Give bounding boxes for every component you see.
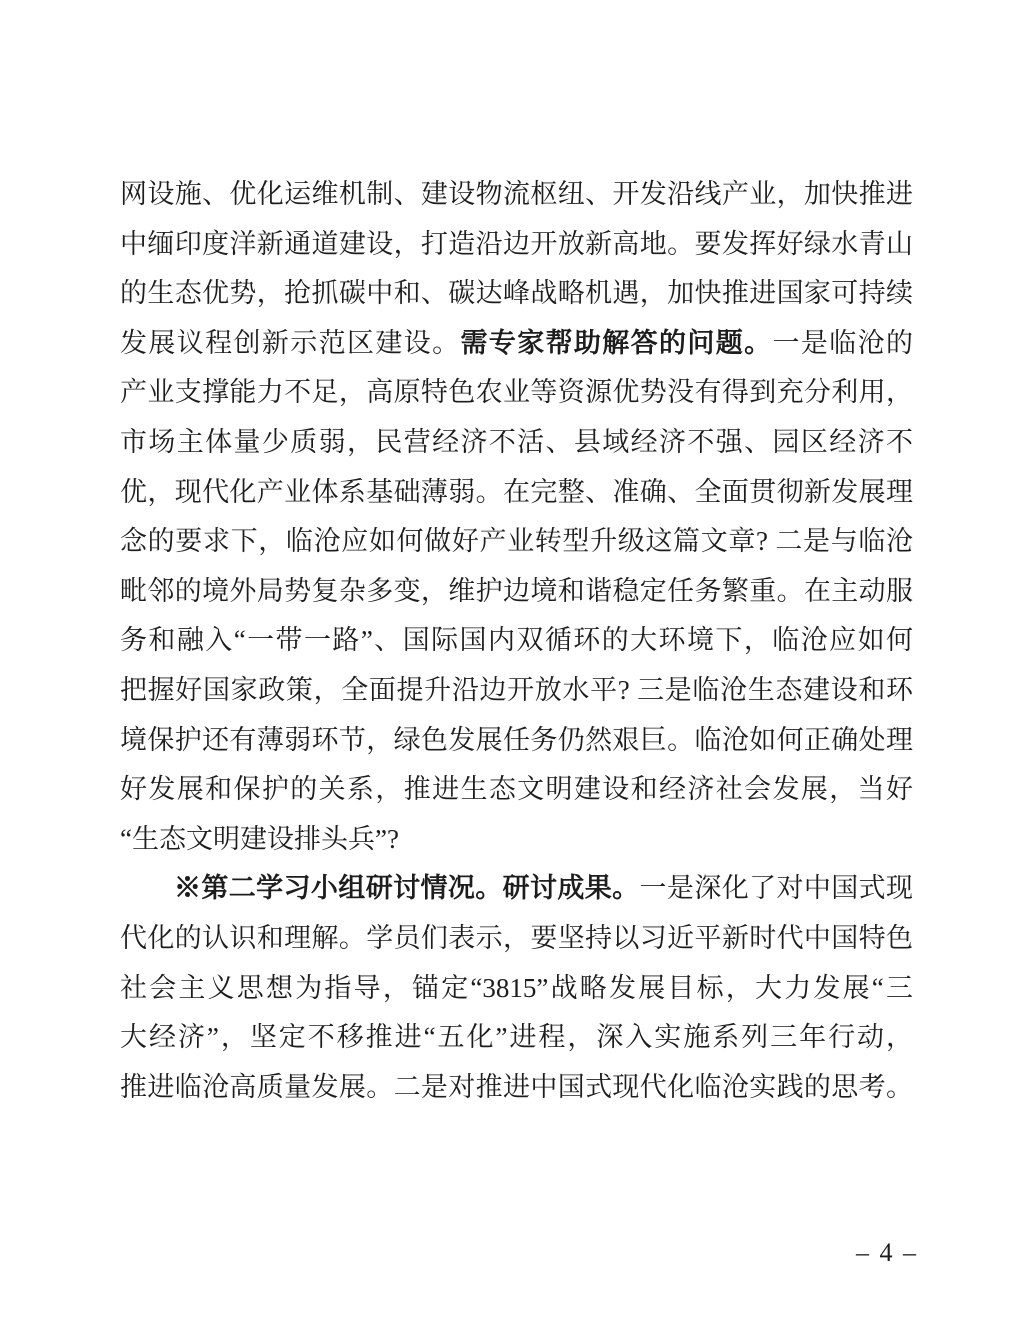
text-line: 好发展和保护的关系，推进生态文明建设和经济社会发展，当好 [120, 765, 913, 815]
text-segment: “生态文明建设排头兵”? [120, 824, 399, 854]
bold-text-segment: ※第二学习小组研讨情况。研讨成果。 [174, 873, 640, 903]
text-line: ※第二学习小组研讨情况。研讨成果。一是深化了对中国式现 [120, 864, 913, 914]
text-segment: 优，现代化产业体系基础薄弱。在完整、准确、全面贯彻新发展理 [120, 477, 913, 507]
text-segment: 务和融入“一带一路”、国际国内双循环的大环境下，临沧应如何 [120, 625, 913, 655]
document-page: 网设施、优化运维机制、建设物流枢纽、开发沿线产业，加快推进中缅印度洋新通道建设，… [0, 0, 1024, 1325]
text-line: 推进临沧高质量发展。二是对推进中国式现代化临沧实践的思考。 [120, 1063, 913, 1113]
text-segment: 发展议程创新示范区建设。 [120, 328, 460, 358]
text-line: 境保护还有薄弱环节，绿色发展任务仍然艰巨。临沧如何正确处理 [120, 716, 913, 766]
text-line: 代化的认识和理解。学员们表示，要坚持以习近平新时代中国特色 [120, 914, 913, 964]
text-line: 发展议程创新示范区建设。需专家帮助解答的问题。一是临沧的 [120, 319, 913, 369]
page-number: – 4 – [856, 1238, 918, 1268]
text-line: 务和融入“一带一路”、国际国内双循环的大环境下，临沧应如何 [120, 616, 913, 666]
text-segment: 好发展和保护的关系，推进生态文明建设和经济社会发展，当好 [120, 774, 913, 804]
text-line: 产业支撑能力不足，高原特色农业等资源优势没有得到充分利用， [120, 368, 913, 418]
text-segment: 产业支撑能力不足，高原特色农业等资源优势没有得到充分利用， [120, 377, 913, 407]
text-segment: 念的要求下，临沧应如何做好产业转型升级这篇文章? 二是与临沧 [120, 526, 913, 556]
text-segment: 境保护还有薄弱环节，绿色发展任务仍然艰巨。临沧如何正确处理 [120, 725, 913, 755]
text-segment: 推进临沧高质量发展。二是对推进中国式现代化临沧实践的思考。 [120, 1072, 913, 1102]
text-segment: 的生态优势，抢抓碳中和、碳达峰战略机遇，加快推进国家可持续 [120, 278, 913, 308]
text-segment: 把握好国家政策，全面提升沿边开放水平? 三是临沧生态建设和环 [120, 675, 913, 705]
text-segment: 毗邻的境外局势复杂多变，维护边境和谐稳定任务繁重。在主动服 [120, 576, 913, 606]
text-line: 把握好国家政策，全面提升沿边开放水平? 三是临沧生态建设和环 [120, 666, 913, 716]
text-segment: 网设施、优化运维机制、建设物流枢纽、开发沿线产业，加快推进 [120, 179, 913, 209]
text-segment: 代化的认识和理解。学员们表示，要坚持以习近平新时代中国特色 [120, 923, 913, 953]
text-line: 市场主体量少质弱，民营经济不活、县域经济不强、园区经济不 [120, 418, 913, 468]
text-line: 的生态优势，抢抓碳中和、碳达峰战略机遇，加快推进国家可持续 [120, 269, 913, 319]
document-body: 网设施、优化运维机制、建设物流枢纽、开发沿线产业，加快推进中缅印度洋新通道建设，… [120, 170, 913, 1112]
text-line: 中缅印度洋新通道建设，打造沿边开放新高地。要发挥好绿水青山 [120, 220, 913, 270]
text-line: 大经济”，坚定不移推进“五化”进程，深入实施系列三年行动， [120, 1013, 913, 1063]
text-line: 优，现代化产业体系基础薄弱。在完整、准确、全面贯彻新发展理 [120, 468, 913, 518]
text-segment: 社会主义思想为指导，锚定“3815”战略发展目标，大力发展“三 [120, 973, 913, 1003]
text-segment: 中缅印度洋新通道建设，打造沿边开放新高地。要发挥好绿水青山 [120, 229, 913, 259]
text-line: 网设施、优化运维机制、建设物流枢纽、开发沿线产业，加快推进 [120, 170, 913, 220]
text-segment: 大经济”，坚定不移推进“五化”进程，深入实施系列三年行动， [120, 1022, 913, 1052]
bold-text-segment: 需专家帮助解答的问题。 [460, 328, 772, 358]
text-segment: 一是深化了对中国式现 [640, 873, 913, 903]
text-segment: 市场主体量少质弱，民营经济不活、县域经济不强、园区经济不 [120, 427, 913, 457]
text-segment: 一是临沧的 [773, 328, 913, 358]
text-line: 念的要求下，临沧应如何做好产业转型升级这篇文章? 二是与临沧 [120, 517, 913, 567]
text-line: 社会主义思想为指导，锚定“3815”战略发展目标，大力发展“三 [120, 964, 913, 1014]
text-line: “生态文明建设排头兵”? [120, 815, 913, 865]
text-line: 毗邻的境外局势复杂多变，维护边境和谐稳定任务繁重。在主动服 [120, 567, 913, 617]
